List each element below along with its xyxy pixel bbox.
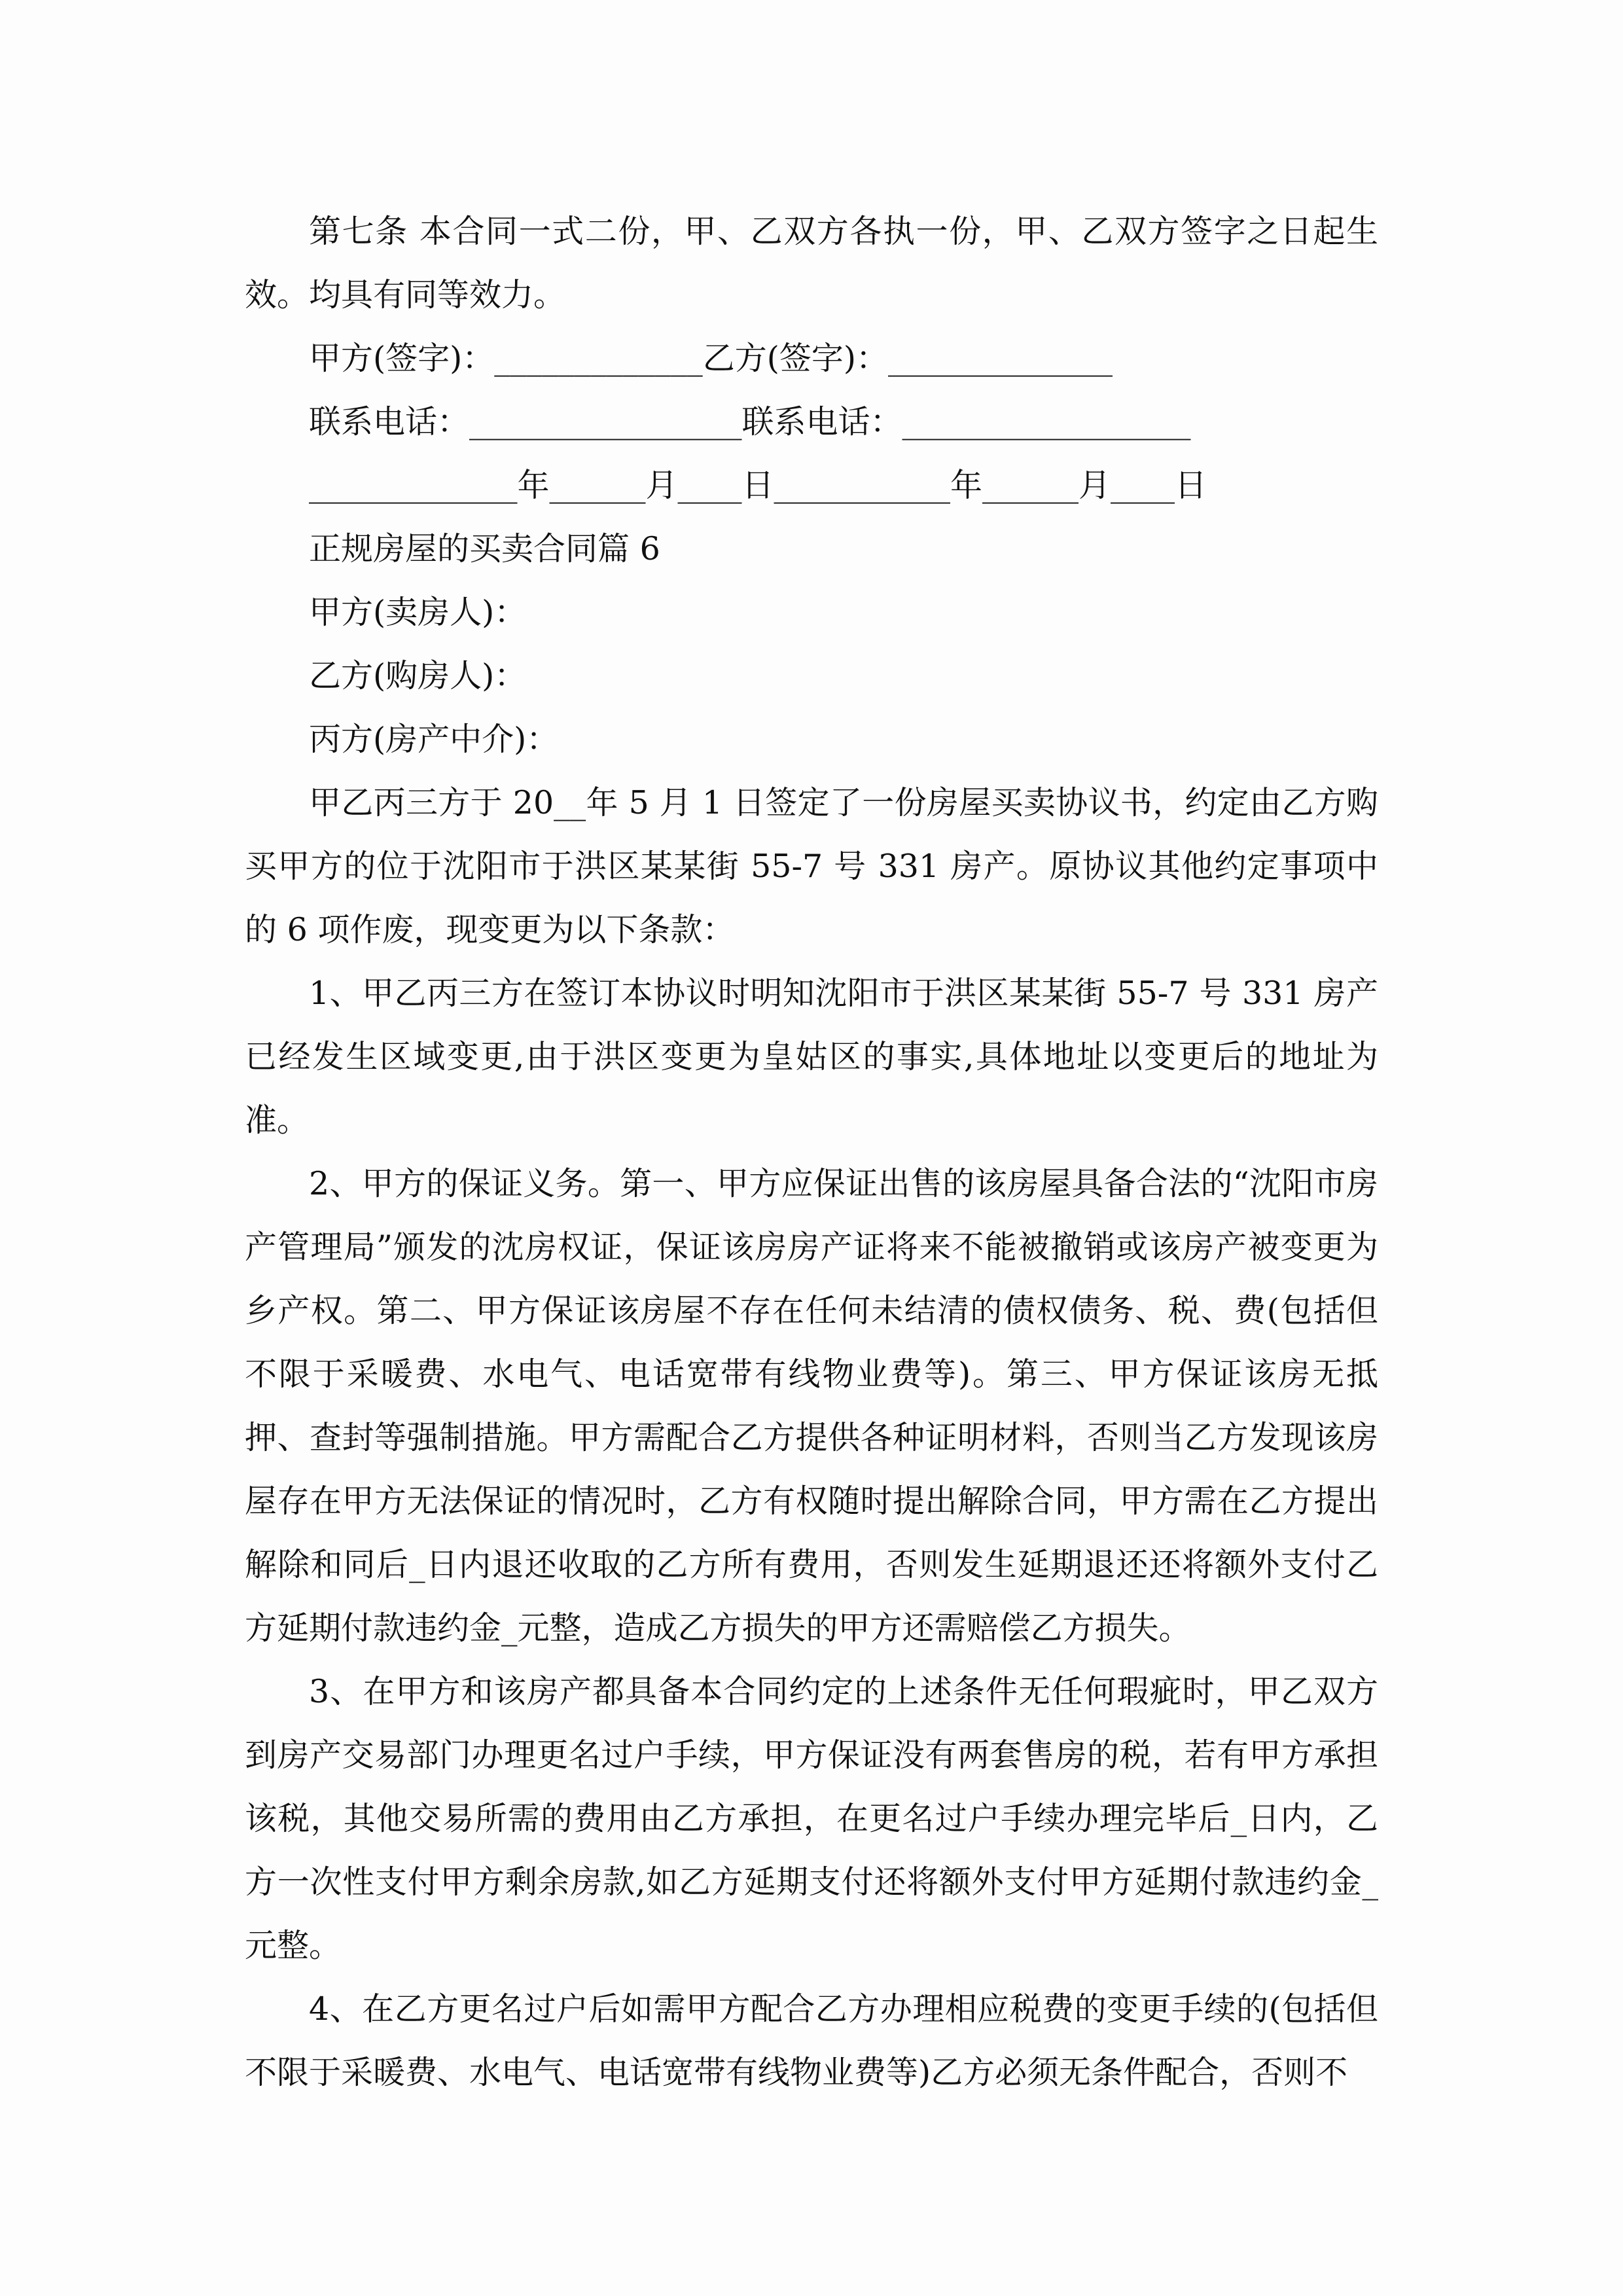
contract-paragraph-1: 第七条 本合同一式二份，甲、乙双方各执一份，甲、乙双方签字之日起生效。均具有同等…	[245, 200, 1378, 327]
contract-paragraph-7: 乙方(购房人)：	[245, 644, 1378, 708]
contract-paragraph-6: 甲方(卖房人)：	[245, 581, 1378, 644]
document-page: 第七条 本合同一式二份，甲、乙双方各执一份，甲、乙双方签字之日起生效。均具有同等…	[0, 0, 1623, 2296]
contract-paragraph-8: 丙方(房产中介)：	[245, 708, 1378, 771]
contract-paragraph-4: _____________年______月____日___________年__…	[245, 454, 1378, 517]
contract-paragraph-2: 甲方(签字)：_____________乙方(签字)：_____________…	[245, 327, 1378, 390]
contract-paragraph-3: 联系电话：_________________联系电话：_____________…	[245, 390, 1378, 454]
contract-paragraph-12: 3、在甲方和该房产都具备本合同约定的上述条件无任何瑕疵时，甲乙双方到房产交易部门…	[245, 1660, 1378, 1977]
contract-text-block: 第七条 本合同一式二份，甲、乙双方各执一份，甲、乙双方签字之日起生效。均具有同等…	[245, 200, 1378, 2104]
contract-paragraph-9: 甲乙丙三方于 20__年 5 月 1 日签定了一份房屋买卖协议书，约定由乙方购买…	[245, 771, 1378, 961]
contract-paragraph-5: 正规房屋的买卖合同篇 6	[245, 517, 1378, 581]
contract-paragraph-13: 4、在乙方更名过户后如需甲方配合乙方办理相应税费的变更手续的(包括但不限于采暖费…	[245, 1977, 1378, 2104]
contract-paragraph-10: 1、甲乙丙三方在签订本协议时明知沈阳市于洪区某某街 55-7 号 331 房产已…	[245, 961, 1378, 1152]
contract-paragraph-11: 2、甲方的保证义务。第一、甲方应保证出售的该房屋具备合法的“沈阳市房产管理局”颁…	[245, 1152, 1378, 1660]
